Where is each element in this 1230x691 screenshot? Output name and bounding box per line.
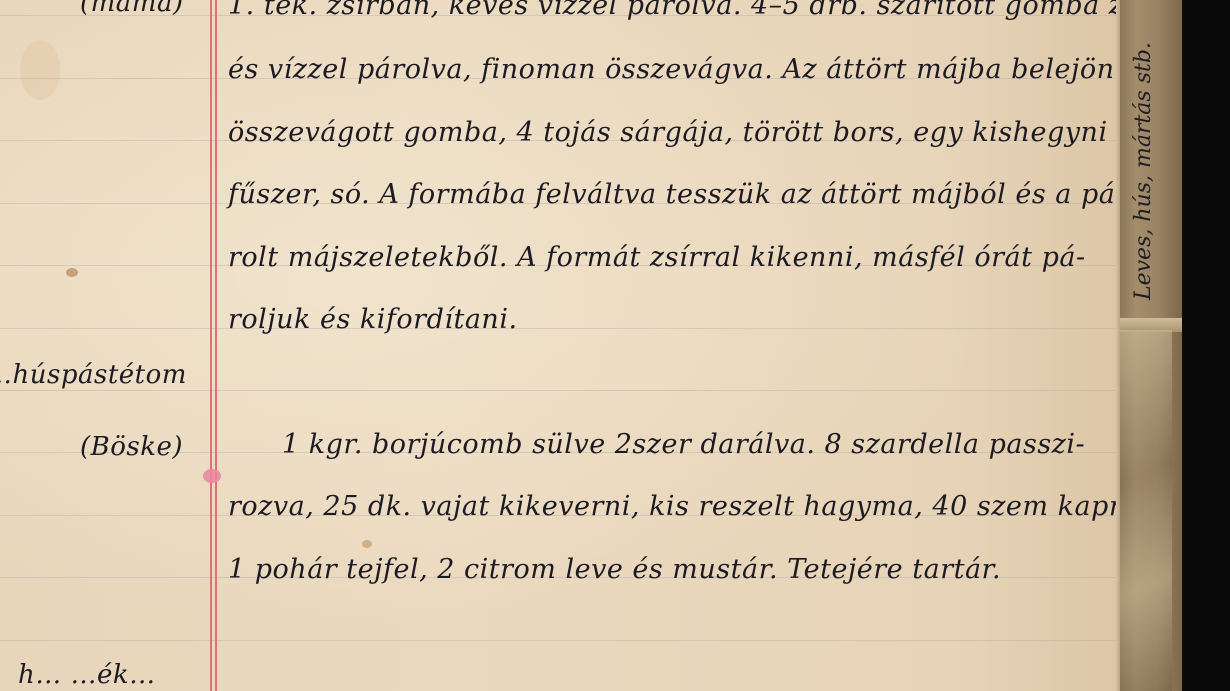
recipe-1-line: összevágott gomba, 4 tojás sárgája, törö… [228, 117, 1230, 148]
author-note-boske: (Böske) [80, 432, 183, 462]
recipe-1-line: rolt májszeletekből. A formát zsírral ki… [228, 242, 1086, 273]
recipe-1-line: és vízzel párolva, finoman összevágva. A… [228, 54, 1155, 85]
margin-line-left [210, 0, 212, 691]
recipe-1-line: fűszer, só. A formába felváltva tesszük … [228, 179, 1125, 210]
margin-ink-blot [203, 469, 221, 483]
spine-label: Leves, hús, mártás stb. [1131, 42, 1156, 300]
recipe-1-line: 1. tek. zsírban, kevés vízzel párolva. 4… [228, 0, 1170, 21]
ruled-line [0, 328, 1120, 329]
recipe-1-line: roljuk és kifordítani. [228, 304, 518, 335]
partial-bottom-note: h… …ék… [18, 660, 156, 690]
ruled-line [0, 640, 1120, 641]
dark-background [1182, 0, 1230, 691]
recipe-title-hus-pastetom: …húspástétom [0, 360, 187, 390]
spine-worn-area [1120, 330, 1172, 691]
paper-stain [20, 40, 60, 100]
paper-stain [66, 268, 78, 277]
author-note-mama: (mama) [80, 0, 184, 18]
ruled-line [0, 390, 1120, 391]
notebook-page: (mama) …húspástétom (Böske) h… …ék… 1. t… [0, 0, 1120, 691]
paper-stain [362, 540, 372, 548]
recipe-2-line: 1 kgr. borjúcomb sülve 2szer darálva. 8 … [282, 429, 1085, 460]
recipe-2-line: rozva, 25 dk. vajat kikeverni, kis resze… [228, 491, 1140, 522]
notebook-photo: (mama) …húspástétom (Böske) h… …ék… 1. t… [0, 0, 1230, 691]
recipe-2-line: 1 pohár tejfel, 2 citrom leve és mustár.… [228, 554, 1001, 585]
margin-line-right [215, 0, 217, 691]
